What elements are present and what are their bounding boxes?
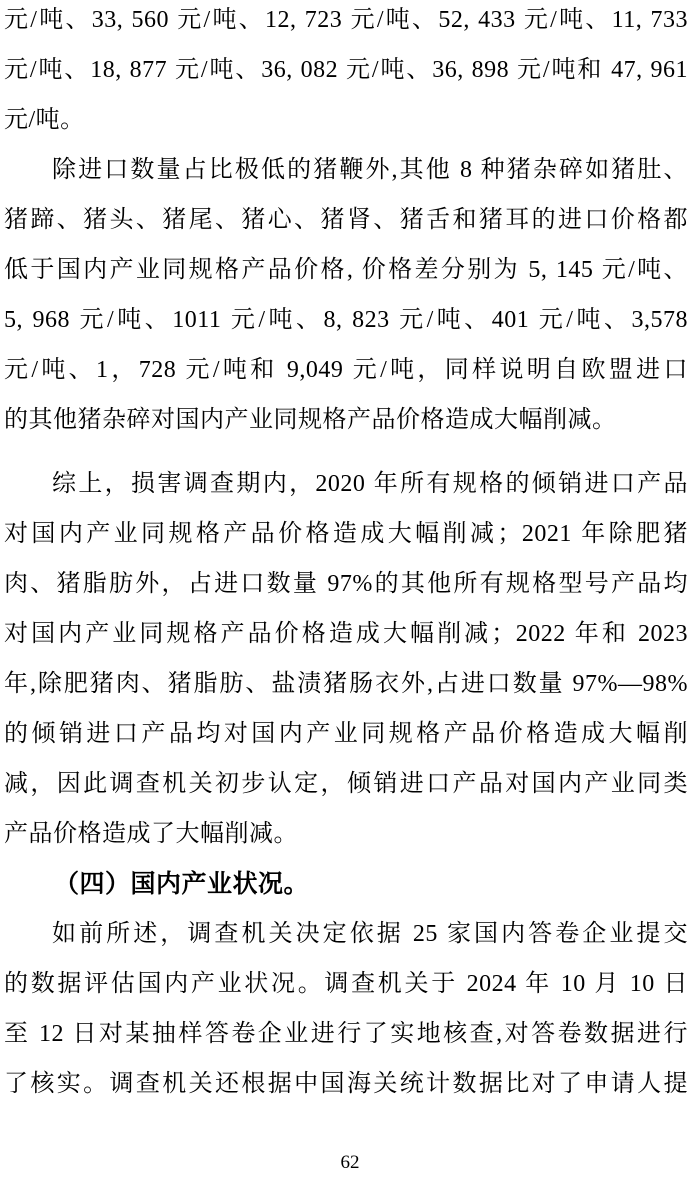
- text-line: 的其他猪杂碎对国内产业同规格产品价格造成大幅削减。: [4, 395, 688, 445]
- text-line: 了核实。调查机关还根据中国海关统计数据比对了申请人提: [4, 1059, 688, 1109]
- text-line: 元/吨、1，728 元/吨和 9,049 元/吨，同样说明自欧盟进口: [4, 345, 688, 395]
- paragraph-start-line: 如前所述，调查机关决定依据 25 家国内答卷企业提交: [4, 909, 688, 959]
- text-line: 减，因此调查机关初步认定，倾销进口产品对国内产业同类: [4, 759, 688, 809]
- text-line: 肉、猪脂肪外，占进口数量 97%的其他所有规格型号产品均: [4, 559, 688, 609]
- text-line: 5, 968 元/吨、1011 元/吨、8, 823 元/吨、401 元/吨、3…: [4, 295, 688, 345]
- text-line: 元/吨、33, 560 元/吨、12, 723 元/吨、52, 433 元/吨、…: [4, 0, 688, 45]
- text-line: 对国内产业同规格产品价格造成大幅削减；2021 年除肥猪: [4, 509, 688, 559]
- text-line: 的倾销进口产品均对国内产业同规格产品价格造成大幅削: [4, 709, 688, 759]
- text-line: 对国内产业同规格产品价格造成大幅削减；2022 年和 2023: [4, 609, 688, 659]
- text-line: 产品价格造成了大幅削减。: [4, 809, 688, 859]
- text-line: 年,除肥猪肉、猪脂肪、盐渍猪肠衣外,占进口数量 97%—98%: [4, 659, 688, 709]
- text-line: 元/吨。: [4, 95, 688, 145]
- document-page: 元/吨、33, 560 元/吨、12, 723 元/吨、52, 433 元/吨、…: [0, 0, 700, 1177]
- text-line: 的数据评估国内产业状况。调查机关于 2024 年 10 月 10 日: [4, 959, 688, 1009]
- paragraph-start-line: 综上，损害调查期内，2020 年所有规格的倾销进口产品: [4, 459, 688, 509]
- document-body: 元/吨、33, 560 元/吨、12, 723 元/吨、52, 433 元/吨、…: [4, 0, 688, 1109]
- text-line: 至 12 日对某抽样答卷企业进行了实地核查,对答卷数据进行: [4, 1009, 688, 1059]
- text-line: 元/吨、18, 877 元/吨、36, 082 元/吨、36, 898 元/吨和…: [4, 45, 688, 95]
- text-line: 低于国内产业同规格产品价格, 价格差分别为 5, 145 元/吨、: [4, 245, 688, 295]
- section-heading: （四）国内产业状况。: [4, 859, 688, 909]
- text-line: 猪蹄、猪头、猪尾、猪心、猪肾、猪舌和猪耳的进口价格都: [4, 195, 688, 245]
- page-number: 62: [0, 1152, 700, 1174]
- paragraph-start-line: 除进口数量占比极低的猪鞭外,其他 8 种猪杂碎如猪肚、: [4, 145, 688, 195]
